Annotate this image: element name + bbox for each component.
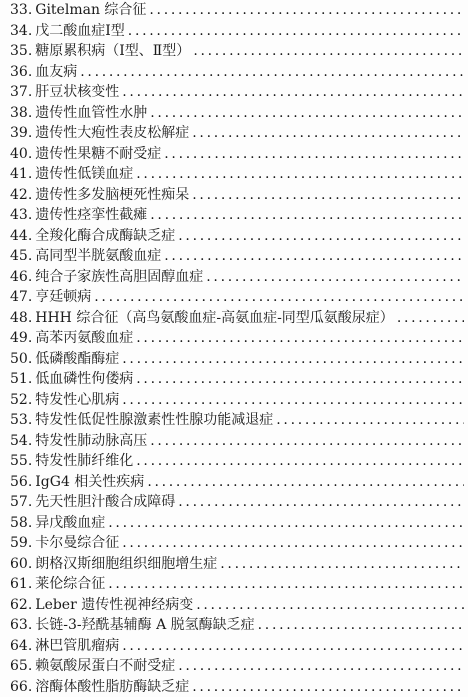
dot-leader: ........................................… xyxy=(94,287,464,308)
toc-entry-title: 肝豆状核变性 xyxy=(35,82,119,103)
toc-entry-number: 46. xyxy=(10,267,32,288)
toc-entry-title: 遗传性血管性水肿 xyxy=(35,103,147,124)
dot-leader: ........................................… xyxy=(80,62,464,83)
toc-entry-number: 57. xyxy=(10,492,32,513)
dot-leader: ........................................… xyxy=(220,554,464,575)
toc-entry: 54. 特发性肺动脉高压 ...........................… xyxy=(10,431,464,452)
dot-leader: ........................................… xyxy=(193,41,464,62)
toc-entry-number: 36. xyxy=(10,62,32,83)
dot-leader: ........................................… xyxy=(150,103,464,124)
toc-entry: 66. 溶酶体酸性脂肪酶缺乏症 ........................… xyxy=(10,677,464,697)
toc-entry-number: 33. xyxy=(10,0,32,21)
toc-entry-number: 37. xyxy=(10,82,32,103)
toc-entry-number: 60. xyxy=(10,554,32,575)
toc-entry-number: 38. xyxy=(10,103,32,124)
toc-entry-number: 54. xyxy=(10,431,32,452)
toc-entry-number: 43. xyxy=(10,205,32,226)
toc-entry-title: 莱伦综合征 xyxy=(35,574,105,595)
toc-entry-number: 50. xyxy=(10,349,32,370)
dot-leader: ........................................… xyxy=(192,185,464,206)
toc-entry-title: 低血磷性佝偻病 xyxy=(35,369,133,390)
dot-leader: ........................................… xyxy=(178,226,464,247)
dot-leader: ........................................… xyxy=(122,636,464,657)
toc-entry-title: 赖氨酸尿蛋白不耐受症 xyxy=(35,656,175,677)
dot-leader: ........................................… xyxy=(276,410,464,431)
toc-entry-title: 长链-3-羟酰基辅酶 A 脱氢酶缺乏症 xyxy=(35,615,254,636)
toc-entry-number: 56. xyxy=(10,472,32,493)
toc-entry-title: 全羧化酶合成酶缺乏症 xyxy=(35,226,175,247)
dot-leader: ........................................… xyxy=(122,533,464,554)
toc-entry-number: 49. xyxy=(10,328,32,349)
toc-entry: 45. 高同型半胱氨酸血症 ..........................… xyxy=(10,246,464,267)
toc-entry-title: 淋巴管肌瘤病 xyxy=(35,636,119,657)
toc-entry-number: 55. xyxy=(10,451,32,472)
dot-leader: ........................................… xyxy=(108,513,464,534)
toc-entry: 40. 遗传性果糖不耐受症 ..........................… xyxy=(10,144,464,165)
toc-entry: 43. 遗传性痉挛性截瘫 ...........................… xyxy=(10,205,464,226)
toc-entry-title: 遗传性大疱性表皮松解症 xyxy=(35,123,189,144)
dot-leader: ........................................… xyxy=(192,677,464,697)
toc-entry: 41. 遗传性低镁血症 ............................… xyxy=(10,164,464,185)
dot-leader: ........................................… xyxy=(122,82,464,103)
toc-entry: 39. 遗传性大疱性表皮松解症 ........................… xyxy=(10,123,464,144)
toc-entry: 59. 卡尔曼综合征 .............................… xyxy=(10,533,464,554)
toc-entry-title: Leber 遗传性视神经病变 xyxy=(35,595,193,616)
toc-entry-title: 低磷酸酯酶症 xyxy=(35,349,119,370)
toc-entry-title: 特发性肺纤维化 xyxy=(35,451,133,472)
toc-entry-title: IgG4 相关性疾病 xyxy=(35,472,144,493)
dot-leader: ........................................… xyxy=(196,595,464,616)
toc-entry-title: 先天性胆汁酸合成障碍 xyxy=(35,492,175,513)
toc-entry-title: 朗格汉斯细胞组织细胞增生症 xyxy=(35,554,217,575)
toc-entry: 55. 特发性肺纤维化 ............................… xyxy=(10,451,464,472)
toc-entry-number: 51. xyxy=(10,369,32,390)
toc-entry: 37. 肝豆状核变性 .............................… xyxy=(10,82,464,103)
toc-entry-title: 高同型半胱氨酸血症 xyxy=(35,246,161,267)
toc-entry-title: 糖原累积病（Ⅰ型、Ⅱ型） xyxy=(35,41,190,62)
dot-leader: ........................................… xyxy=(164,246,464,267)
toc-entry-number: 47. xyxy=(10,287,32,308)
toc-entry-number: 63. xyxy=(10,615,32,636)
toc-entry-title: 卡尔曼综合征 xyxy=(35,533,119,554)
toc-entry: 64. 淋巴管肌瘤病 .............................… xyxy=(10,636,464,657)
toc-entry-title: 纯合子家族性高胆固醇血症 xyxy=(35,267,203,288)
dot-leader: ........................................… xyxy=(122,390,464,411)
dot-leader: ........................................… xyxy=(150,205,464,226)
dot-leader: ........................................… xyxy=(150,431,464,452)
toc-entry-number: 65. xyxy=(10,656,32,677)
toc-entry-number: 41. xyxy=(10,164,32,185)
toc-entry: 35. 糖原累积病（Ⅰ型、Ⅱ型） .......................… xyxy=(10,41,464,62)
dot-leader: ........................................… xyxy=(136,451,464,472)
toc-entry: 62. Leber 遗传性视神经病变 .....................… xyxy=(10,595,464,616)
toc-entry-title: HHH 综合征（高鸟氨酸血症-高氨血症-同型瓜氨酸尿症） xyxy=(35,308,394,329)
toc-entry-number: 61. xyxy=(10,574,32,595)
toc-entry-number: 42. xyxy=(10,185,32,206)
dot-leader: ........................................… xyxy=(397,308,464,329)
toc-entry: 61. 莱伦综合征 ..............................… xyxy=(10,574,464,595)
toc-entry-title: 遗传性痉挛性截瘫 xyxy=(35,205,147,226)
toc-entry: 53. 特发性低促性腺激素性性腺功能减退症 ..................… xyxy=(10,410,464,431)
toc-entry-title: 遗传性果糖不耐受症 xyxy=(35,144,161,165)
toc-entry-number: 40. xyxy=(10,144,32,165)
toc-entry-title: 血友病 xyxy=(35,62,77,83)
toc-entry: 47. 亨廷顿病 ...............................… xyxy=(10,287,464,308)
toc-entry-title: 戊二酸血症Ⅰ型 xyxy=(35,21,125,42)
toc-entry-number: 34. xyxy=(10,21,32,42)
toc-entry-title: 特发性肺动脉高压 xyxy=(35,431,147,452)
dot-leader: ........................................… xyxy=(108,574,464,595)
dot-leader: ........................................… xyxy=(136,328,464,349)
toc-entry: 65. 赖氨酸尿蛋白不耐受症 .........................… xyxy=(10,656,464,677)
toc-entry-title: Gitelman 综合征 xyxy=(35,0,146,21)
dot-leader: ........................................… xyxy=(149,0,464,21)
toc-entry-title: 遗传性多发脑梗死性痴呆 xyxy=(35,185,189,206)
toc-entry-number: 59. xyxy=(10,533,32,554)
dot-leader: ........................................… xyxy=(136,369,464,390)
toc-entry: 33. Gitelman 综合征 .......................… xyxy=(10,0,464,21)
toc-entry: 36. 血友病 ................................… xyxy=(10,62,464,83)
dot-leader: ........................................… xyxy=(136,164,464,185)
toc-entry: 50. 低磷酸酯酶症 .............................… xyxy=(10,349,464,370)
toc-entry-title: 亨廷顿病 xyxy=(35,287,91,308)
toc-entry-number: 53. xyxy=(10,410,32,431)
dot-leader: ........................................… xyxy=(164,144,464,165)
toc-entry-title: 溶酶体酸性脂肪酶缺乏症 xyxy=(35,677,189,697)
dot-leader: ........................................… xyxy=(192,123,464,144)
toc-entry: 63. 长链-3-羟酰基辅酶 A 脱氢酶缺乏症 ................… xyxy=(10,615,464,636)
toc-entry: 52. 特发性心肌病 .............................… xyxy=(10,390,464,411)
toc-entry: 49. 高苯丙氨酸血症 ............................… xyxy=(10,328,464,349)
toc-entry: 44. 全羧化酶合成酶缺乏症 .........................… xyxy=(10,226,464,247)
toc-entry-number: 44. xyxy=(10,226,32,247)
dot-leader: ........................................… xyxy=(147,472,464,493)
dot-leader: ........................................… xyxy=(128,21,464,42)
toc-entry: 58. 异戊酸血症 ..............................… xyxy=(10,513,464,534)
toc-entry-title: 遗传性低镁血症 xyxy=(35,164,133,185)
toc-entry: 60. 朗格汉斯细胞组织细胞增生症 ......................… xyxy=(10,554,464,575)
toc-entry-number: 45. xyxy=(10,246,32,267)
toc-entry-title: 高苯丙氨酸血症 xyxy=(35,328,133,349)
toc-entry-number: 52. xyxy=(10,390,32,411)
toc-entry-title: 特发性低促性腺激素性性腺功能减退症 xyxy=(35,410,273,431)
toc-entry: 56. IgG4 相关性疾病 .........................… xyxy=(10,472,464,493)
toc-page: 33. Gitelman 综合征 .......................… xyxy=(0,0,468,697)
toc-entry: 51. 低血磷性佝偻病 ............................… xyxy=(10,369,464,390)
dot-leader: ........................................… xyxy=(206,267,464,288)
toc-entry-number: 66. xyxy=(10,677,32,697)
toc-entry: 38. 遗传性血管性水肿 ...........................… xyxy=(10,103,464,124)
toc-entry-number: 62. xyxy=(10,595,32,616)
toc-entry-number: 64. xyxy=(10,636,32,657)
toc-entry: 34. 戊二酸血症Ⅰ型 ............................… xyxy=(10,21,464,42)
toc-entry: 46. 纯合子家族性高胆固醇血症 .......................… xyxy=(10,267,464,288)
toc-entry-title: 特发性心肌病 xyxy=(35,390,119,411)
dot-leader: ........................................… xyxy=(122,349,464,370)
toc-entry-title: 异戊酸血症 xyxy=(35,513,105,534)
toc-entry: 57. 先天性胆汁酸合成障碍 .........................… xyxy=(10,492,464,513)
toc-entry-number: 39. xyxy=(10,123,32,144)
toc-entry-number: 58. xyxy=(10,513,32,534)
dot-leader: ........................................… xyxy=(178,656,464,677)
dot-leader: ........................................… xyxy=(258,615,464,636)
dot-leader: ........................................… xyxy=(178,492,464,513)
toc-entry-number: 35. xyxy=(10,41,32,62)
toc-entry-number: 48. xyxy=(10,308,32,329)
toc-entry: 48. HHH 综合征（高鸟氨酸血症-高氨血症-同型瓜氨酸尿症） .......… xyxy=(10,308,464,329)
toc-entry: 42. 遗传性多发脑梗死性痴呆 ........................… xyxy=(10,185,464,206)
